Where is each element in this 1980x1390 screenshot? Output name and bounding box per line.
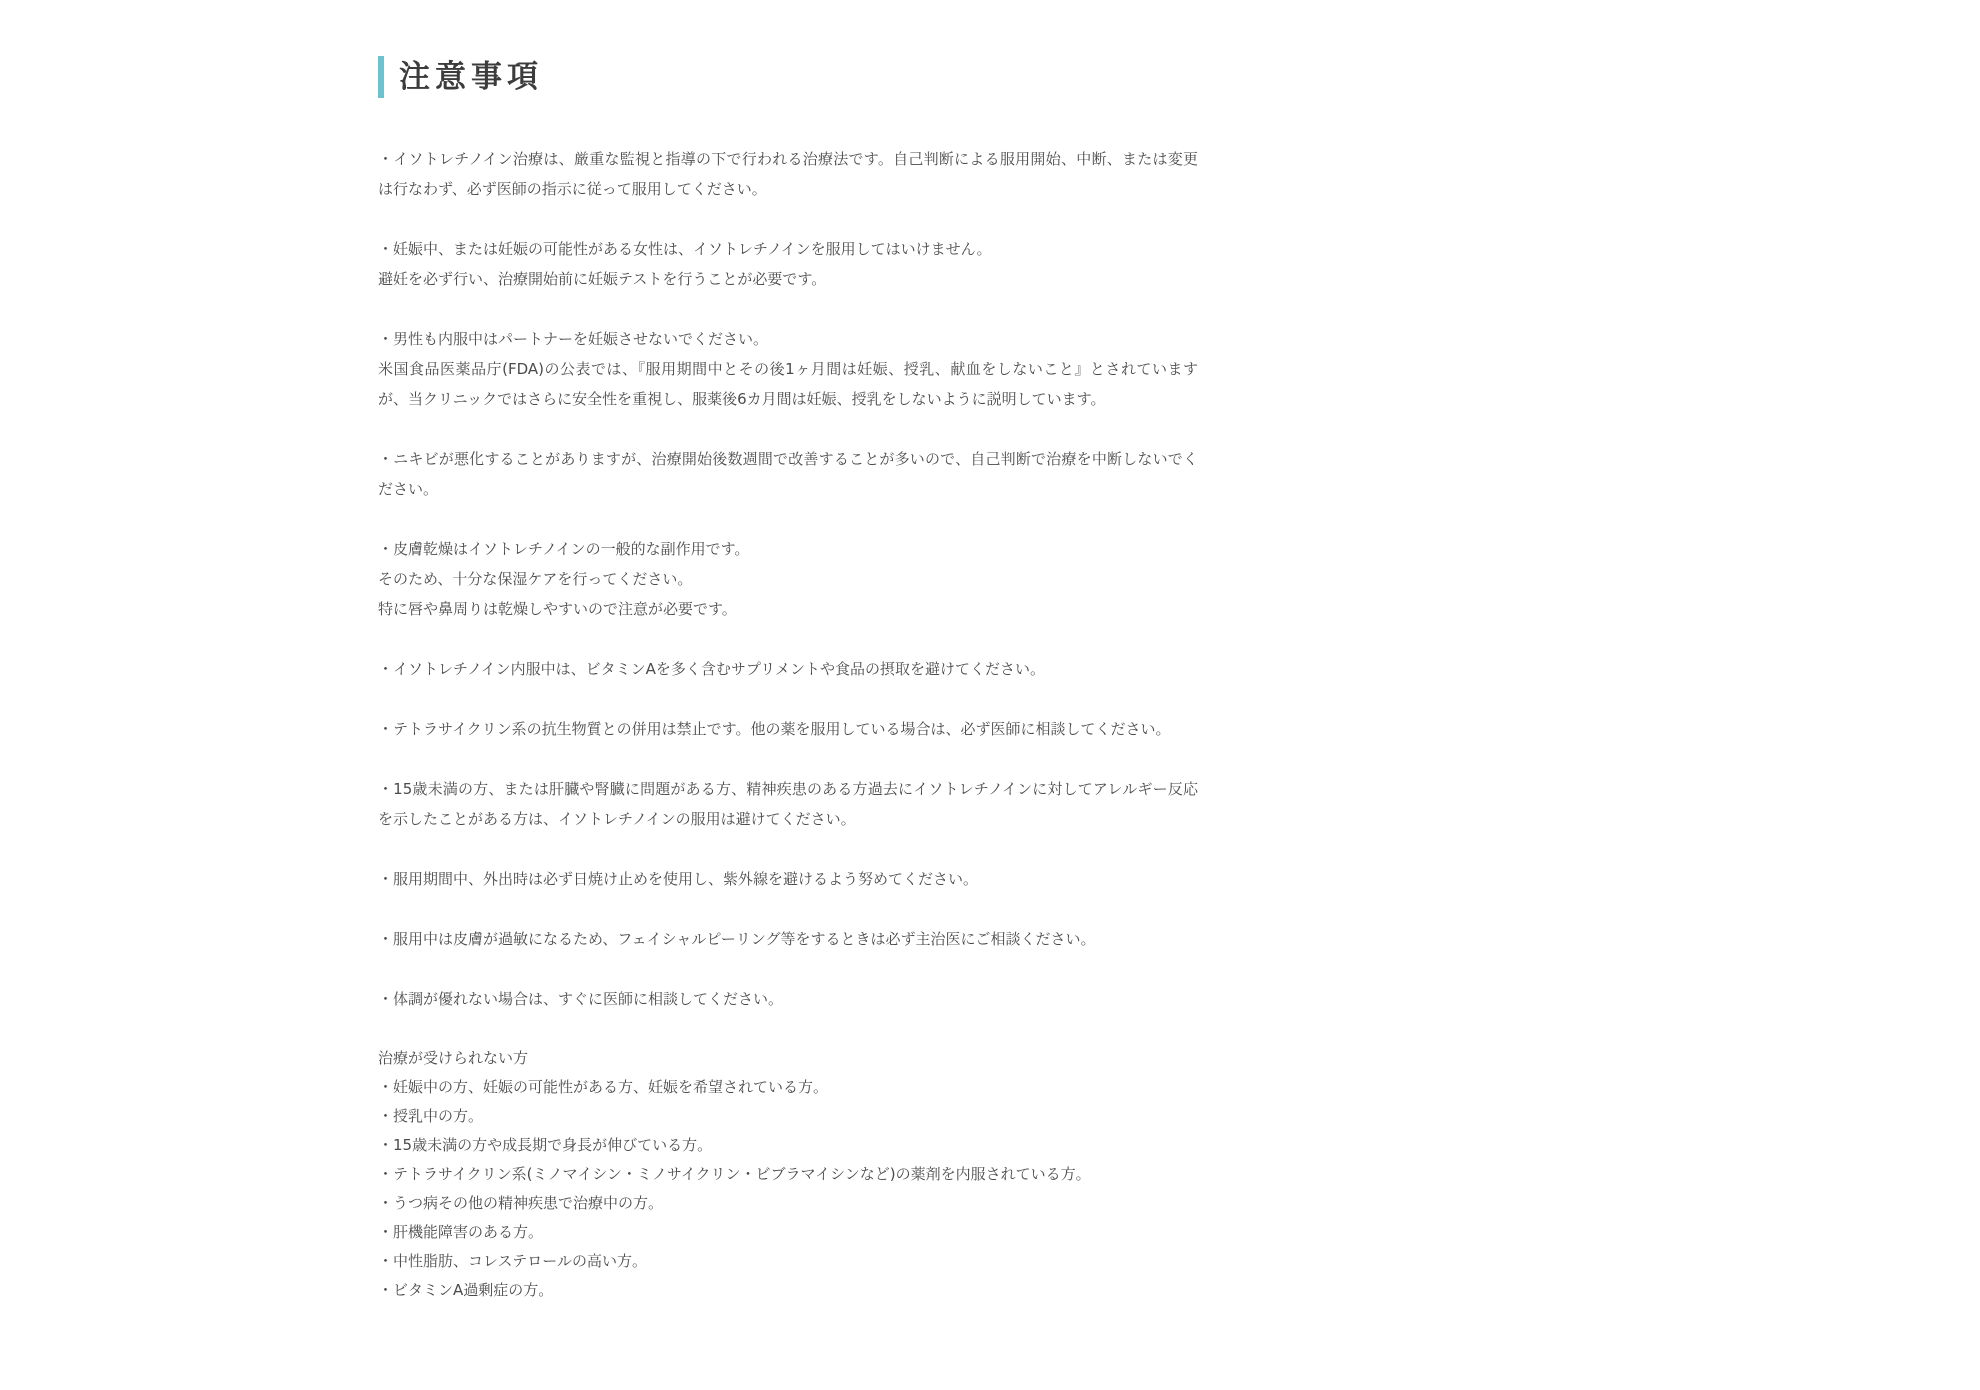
note-line: ・テトラサイクリン系の抗生物質との併用は禁止です。他の薬を服用している場合は、必… bbox=[378, 714, 1198, 744]
ineligible-item: ・ビタミンA過剰症の方。 bbox=[378, 1276, 1198, 1305]
precautions-document: 注意事項 ・イソトレチノイン治療は、厳重な監視と指導の下で行われる治療法です。自… bbox=[378, 56, 1198, 1305]
ineligible-item: ・妊娠中の方、妊娠の可能性がある方、妊娠を希望されている方。 bbox=[378, 1073, 1198, 1102]
note-contraindicated-conditions: ・15歳未満の方、または肝臓や腎臓に問題がある方、精神疾患のある方過去にイソトレ… bbox=[378, 774, 1198, 834]
note-sunscreen: ・服用期間中、外出時は必ず日焼け止めを使用し、紫外線を避けるよう努めてください。 bbox=[378, 864, 1198, 894]
note-line: ・服用期間中、外出時は必ず日焼け止めを使用し、紫外線を避けるよう努めてください。 bbox=[378, 864, 1198, 894]
ineligible-item: ・15歳未満の方や成長期で身長が伸びている方。 bbox=[378, 1131, 1198, 1160]
ineligible-section: 治療が受けられない方 ・妊娠中の方、妊娠の可能性がある方、妊娠を希望されている方… bbox=[378, 1044, 1198, 1305]
note-vitamin-a-avoidance: ・イソトレチノイン内服中は、ビタミンAを多く含むサプリメントや食品の摂取を避けて… bbox=[378, 654, 1198, 684]
document-body: ・イソトレチノイン治療は、厳重な監視と指導の下で行われる治療法です。自己判断によ… bbox=[378, 144, 1198, 1305]
ineligible-item: ・中性脂肪、コレステロールの高い方。 bbox=[378, 1247, 1198, 1276]
note-line: ・15歳未満の方、または肝臓や腎臓に問題がある方、精神疾患のある方過去にイソトレ… bbox=[378, 774, 1198, 834]
note-line: ・ニキビが悪化することがありますが、治療開始後数週間で改善することが多いので、自… bbox=[378, 444, 1198, 504]
note-acne-worsening: ・ニキビが悪化することがありますが、治療開始後数週間で改善することが多いので、自… bbox=[378, 444, 1198, 504]
note-male-partner-fda: ・男性も内服中はパートナーを妊娠させないでください。 米国食品医薬品庁(FDA)… bbox=[378, 324, 1198, 414]
page-title: 注意事項 bbox=[378, 56, 1198, 98]
note-line: ・妊娠中、または妊娠の可能性がある女性は、イソトレチノインを服用してはいけません… bbox=[378, 234, 1198, 264]
ineligible-item: ・授乳中の方。 bbox=[378, 1102, 1198, 1131]
note-line: ・服用中は皮膚が過敏になるため、フェイシャルピーリング等をするときは必ず主治医に… bbox=[378, 924, 1198, 954]
note-line: ・男性も内服中はパートナーを妊娠させないでください。 bbox=[378, 324, 1198, 354]
ineligible-item: ・テトラサイクリン系(ミノマイシン・ミノサイクリン・ビブラマイシンなど)の薬剤を… bbox=[378, 1160, 1198, 1189]
note-line: ・体調が優れない場合は、すぐに医師に相談してください。 bbox=[378, 984, 1198, 1014]
note-line: 特に唇や鼻周りは乾燥しやすいので注意が必要です。 bbox=[378, 594, 1198, 624]
ineligible-item: ・肝機能障害のある方。 bbox=[378, 1218, 1198, 1247]
note-line: 米国食品医薬品庁(FDA)の公表では、『服用期間中とその後1ヶ月間は妊娠、授乳、… bbox=[378, 354, 1198, 414]
note-line: そのため、十分な保湿ケアを行ってください。 bbox=[378, 564, 1198, 594]
note-pregnancy-prohibition: ・妊娠中、または妊娠の可能性がある女性は、イソトレチノインを服用してはいけません… bbox=[378, 234, 1198, 294]
note-isotretinoin-supervision: ・イソトレチノイン治療は、厳重な監視と指導の下で行われる治療法です。自己判断によ… bbox=[378, 144, 1198, 204]
note-line: ・皮膚乾燥はイソトレチノインの一般的な副作用です。 bbox=[378, 534, 1198, 564]
note-line: ・イソトレチノイン内服中は、ビタミンAを多く含むサプリメントや食品の摂取を避けて… bbox=[378, 654, 1198, 684]
note-facial-peeling: ・服用中は皮膚が過敏になるため、フェイシャルピーリング等をするときは必ず主治医に… bbox=[378, 924, 1198, 954]
note-line: ・イソトレチノイン治療は、厳重な監視と指導の下で行われる治療法です。自己判断によ… bbox=[378, 144, 1198, 204]
ineligible-heading: 治療が受けられない方 bbox=[378, 1044, 1198, 1073]
note-consult-doctor: ・体調が優れない場合は、すぐに医師に相談してください。 bbox=[378, 984, 1198, 1014]
note-tetracycline-interaction: ・テトラサイクリン系の抗生物質との併用は禁止です。他の薬を服用している場合は、必… bbox=[378, 714, 1198, 744]
note-dry-skin: ・皮膚乾燥はイソトレチノインの一般的な副作用です。 そのため、十分な保湿ケアを行… bbox=[378, 534, 1198, 624]
note-line: 避妊を必ず行い、治療開始前に妊娠テストを行うことが必要です。 bbox=[378, 264, 1198, 294]
ineligible-item: ・うつ病その他の精神疾患で治療中の方。 bbox=[378, 1189, 1198, 1218]
title-accent-bar bbox=[378, 56, 384, 98]
page-title-text: 注意事項 bbox=[399, 62, 543, 93]
